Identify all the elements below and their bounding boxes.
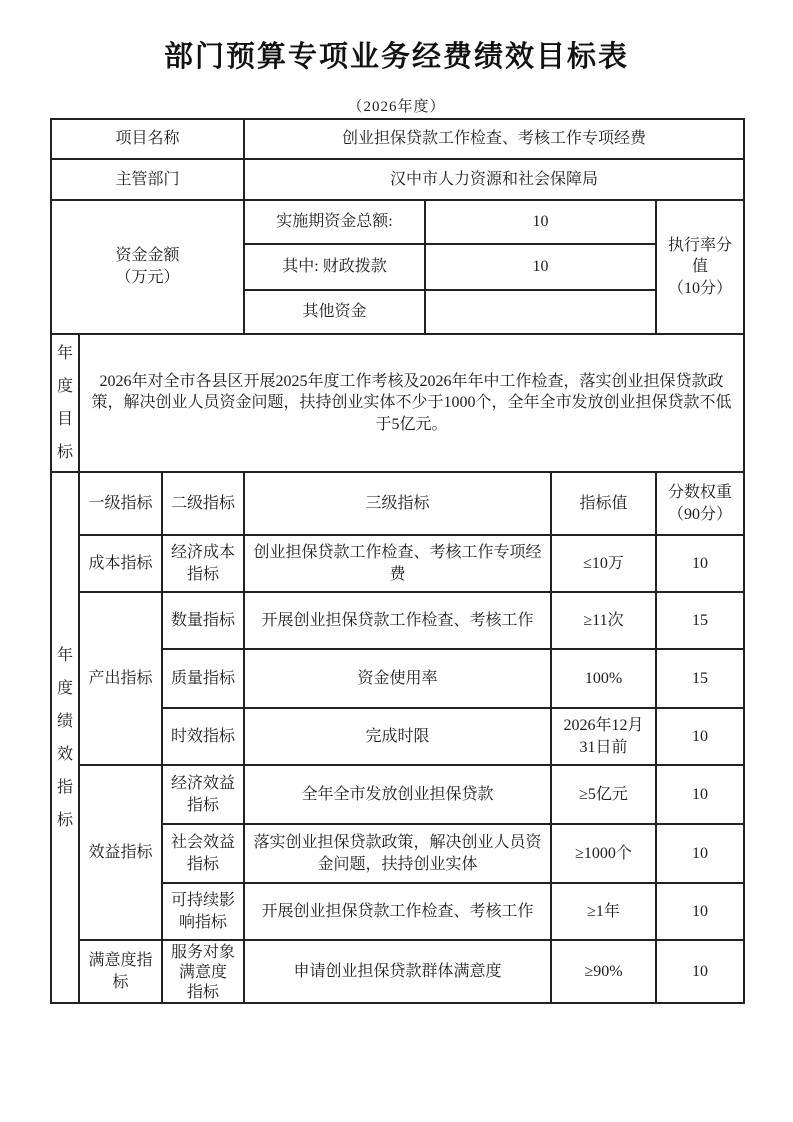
funding-other-label: 其他资金: [244, 290, 425, 334]
row-cost-weight: 10: [656, 535, 744, 592]
annual-goal-text: 2026年对全市各县区开展2025年度工作考核及2026年年中工作检查，落实创业…: [79, 334, 744, 472]
header-level2: 二级指标: [162, 472, 244, 535]
project-name-label: 项目名称: [51, 119, 244, 159]
row-social-benefit-value: ≥1000个: [551, 824, 656, 883]
row-sustainability-l2: 可持续影 响指标: [162, 883, 244, 940]
row-economic-benefit-l2: 经济效益 指标: [162, 765, 244, 824]
row-social-benefit-weight: 10: [656, 824, 744, 883]
row-cost-l1: 成本指标: [79, 535, 162, 592]
row-social-benefit-l3: 落实创业担保贷款政策，解决创业人员资金问题，扶持创业实体: [244, 824, 551, 883]
row-timeliness-l3: 完成时限: [244, 708, 551, 765]
header-level3: 三级指标: [244, 472, 551, 535]
document-page: { "page": { "title": "部门预算专项业务经费绩效目标表", …: [0, 0, 793, 1122]
annual-performance-indicators-label-text: 年度绩效指标: [57, 639, 74, 837]
row-satisfaction-l3: 申请创业担保贷款群体满意度: [244, 940, 551, 1003]
department-label: 主管部门: [51, 159, 244, 200]
header-weight: 分数权重 （90分）: [656, 472, 744, 535]
row-satisfaction-l2: 服务对象 满意度 指标: [162, 940, 244, 1003]
row-economic-benefit-value: ≥5亿元: [551, 765, 656, 824]
annual-goal-label-text: 年度目标: [57, 337, 74, 469]
execution-rate-label: 执行率分值 （10分）: [656, 200, 744, 334]
row-benefit-l1: 效益指标: [79, 765, 162, 940]
funding-fiscal-label: 其中: 财政拨款: [244, 244, 425, 290]
performance-target-table: 项目名称 创业担保贷款工作检查、考核工作专项经费 主管部门 汉中市人力资源和社会…: [50, 118, 745, 1004]
row-satisfaction-l1: 满意度指 标: [79, 940, 162, 1003]
header-value: 指标值: [551, 472, 656, 535]
annual-goal-label: 年度目标: [51, 334, 79, 472]
row-social-benefit-l2: 社会效益 指标: [162, 824, 244, 883]
row-cost-value: ≤10万: [551, 535, 656, 592]
row-sustainability-value: ≥1年: [551, 883, 656, 940]
row-quantity-l2: 数量指标: [162, 592, 244, 649]
row-quality-l2: 质量指标: [162, 649, 244, 708]
row-timeliness-weight: 10: [656, 708, 744, 765]
header-level1: 一级指标: [79, 472, 162, 535]
page-subtitle: （2026年度）: [0, 95, 793, 116]
page-title: 部门预算专项业务经费绩效目标表: [0, 34, 793, 75]
row-quantity-weight: 15: [656, 592, 744, 649]
row-cost-l3: 创业担保贷款工作检查、考核工作专项经费: [244, 535, 551, 592]
funding-total-value: 10: [425, 200, 656, 244]
row-sustainability-weight: 10: [656, 883, 744, 940]
row-cost-l2: 经济成本 指标: [162, 535, 244, 592]
row-sustainability-l3: 开展创业担保贷款工作检查、考核工作: [244, 883, 551, 940]
annual-performance-indicators-label: 年度绩效指标: [51, 472, 79, 1003]
row-satisfaction-weight: 10: [656, 940, 744, 1003]
row-timeliness-l2: 时效指标: [162, 708, 244, 765]
row-economic-benefit-l3: 全年全市发放创业担保贷款: [244, 765, 551, 824]
row-quality-value: 100%: [551, 649, 656, 708]
funding-total-label: 实施期资金总额:: [244, 200, 425, 244]
project-name-value: 创业担保贷款工作检查、考核工作专项经费: [244, 119, 744, 159]
department-value: 汉中市人力资源和社会保障局: [244, 159, 744, 200]
row-quality-l3: 资金使用率: [244, 649, 551, 708]
row-output-l1: 产出指标: [79, 592, 162, 765]
row-satisfaction-l2-text: 服务对象 满意度 指标: [167, 943, 239, 1000]
funding-amount-label: 资金金额 （万元）: [51, 200, 244, 334]
row-quantity-l3: 开展创业担保贷款工作检查、考核工作: [244, 592, 551, 649]
row-satisfaction-value: ≥90%: [551, 940, 656, 1003]
funding-other-value: [425, 290, 656, 334]
row-economic-benefit-weight: 10: [656, 765, 744, 824]
funding-fiscal-value: 10: [425, 244, 656, 290]
row-quality-weight: 15: [656, 649, 744, 708]
row-quantity-value: ≥11次: [551, 592, 656, 649]
row-timeliness-value: 2026年12月 31日前: [551, 708, 656, 765]
